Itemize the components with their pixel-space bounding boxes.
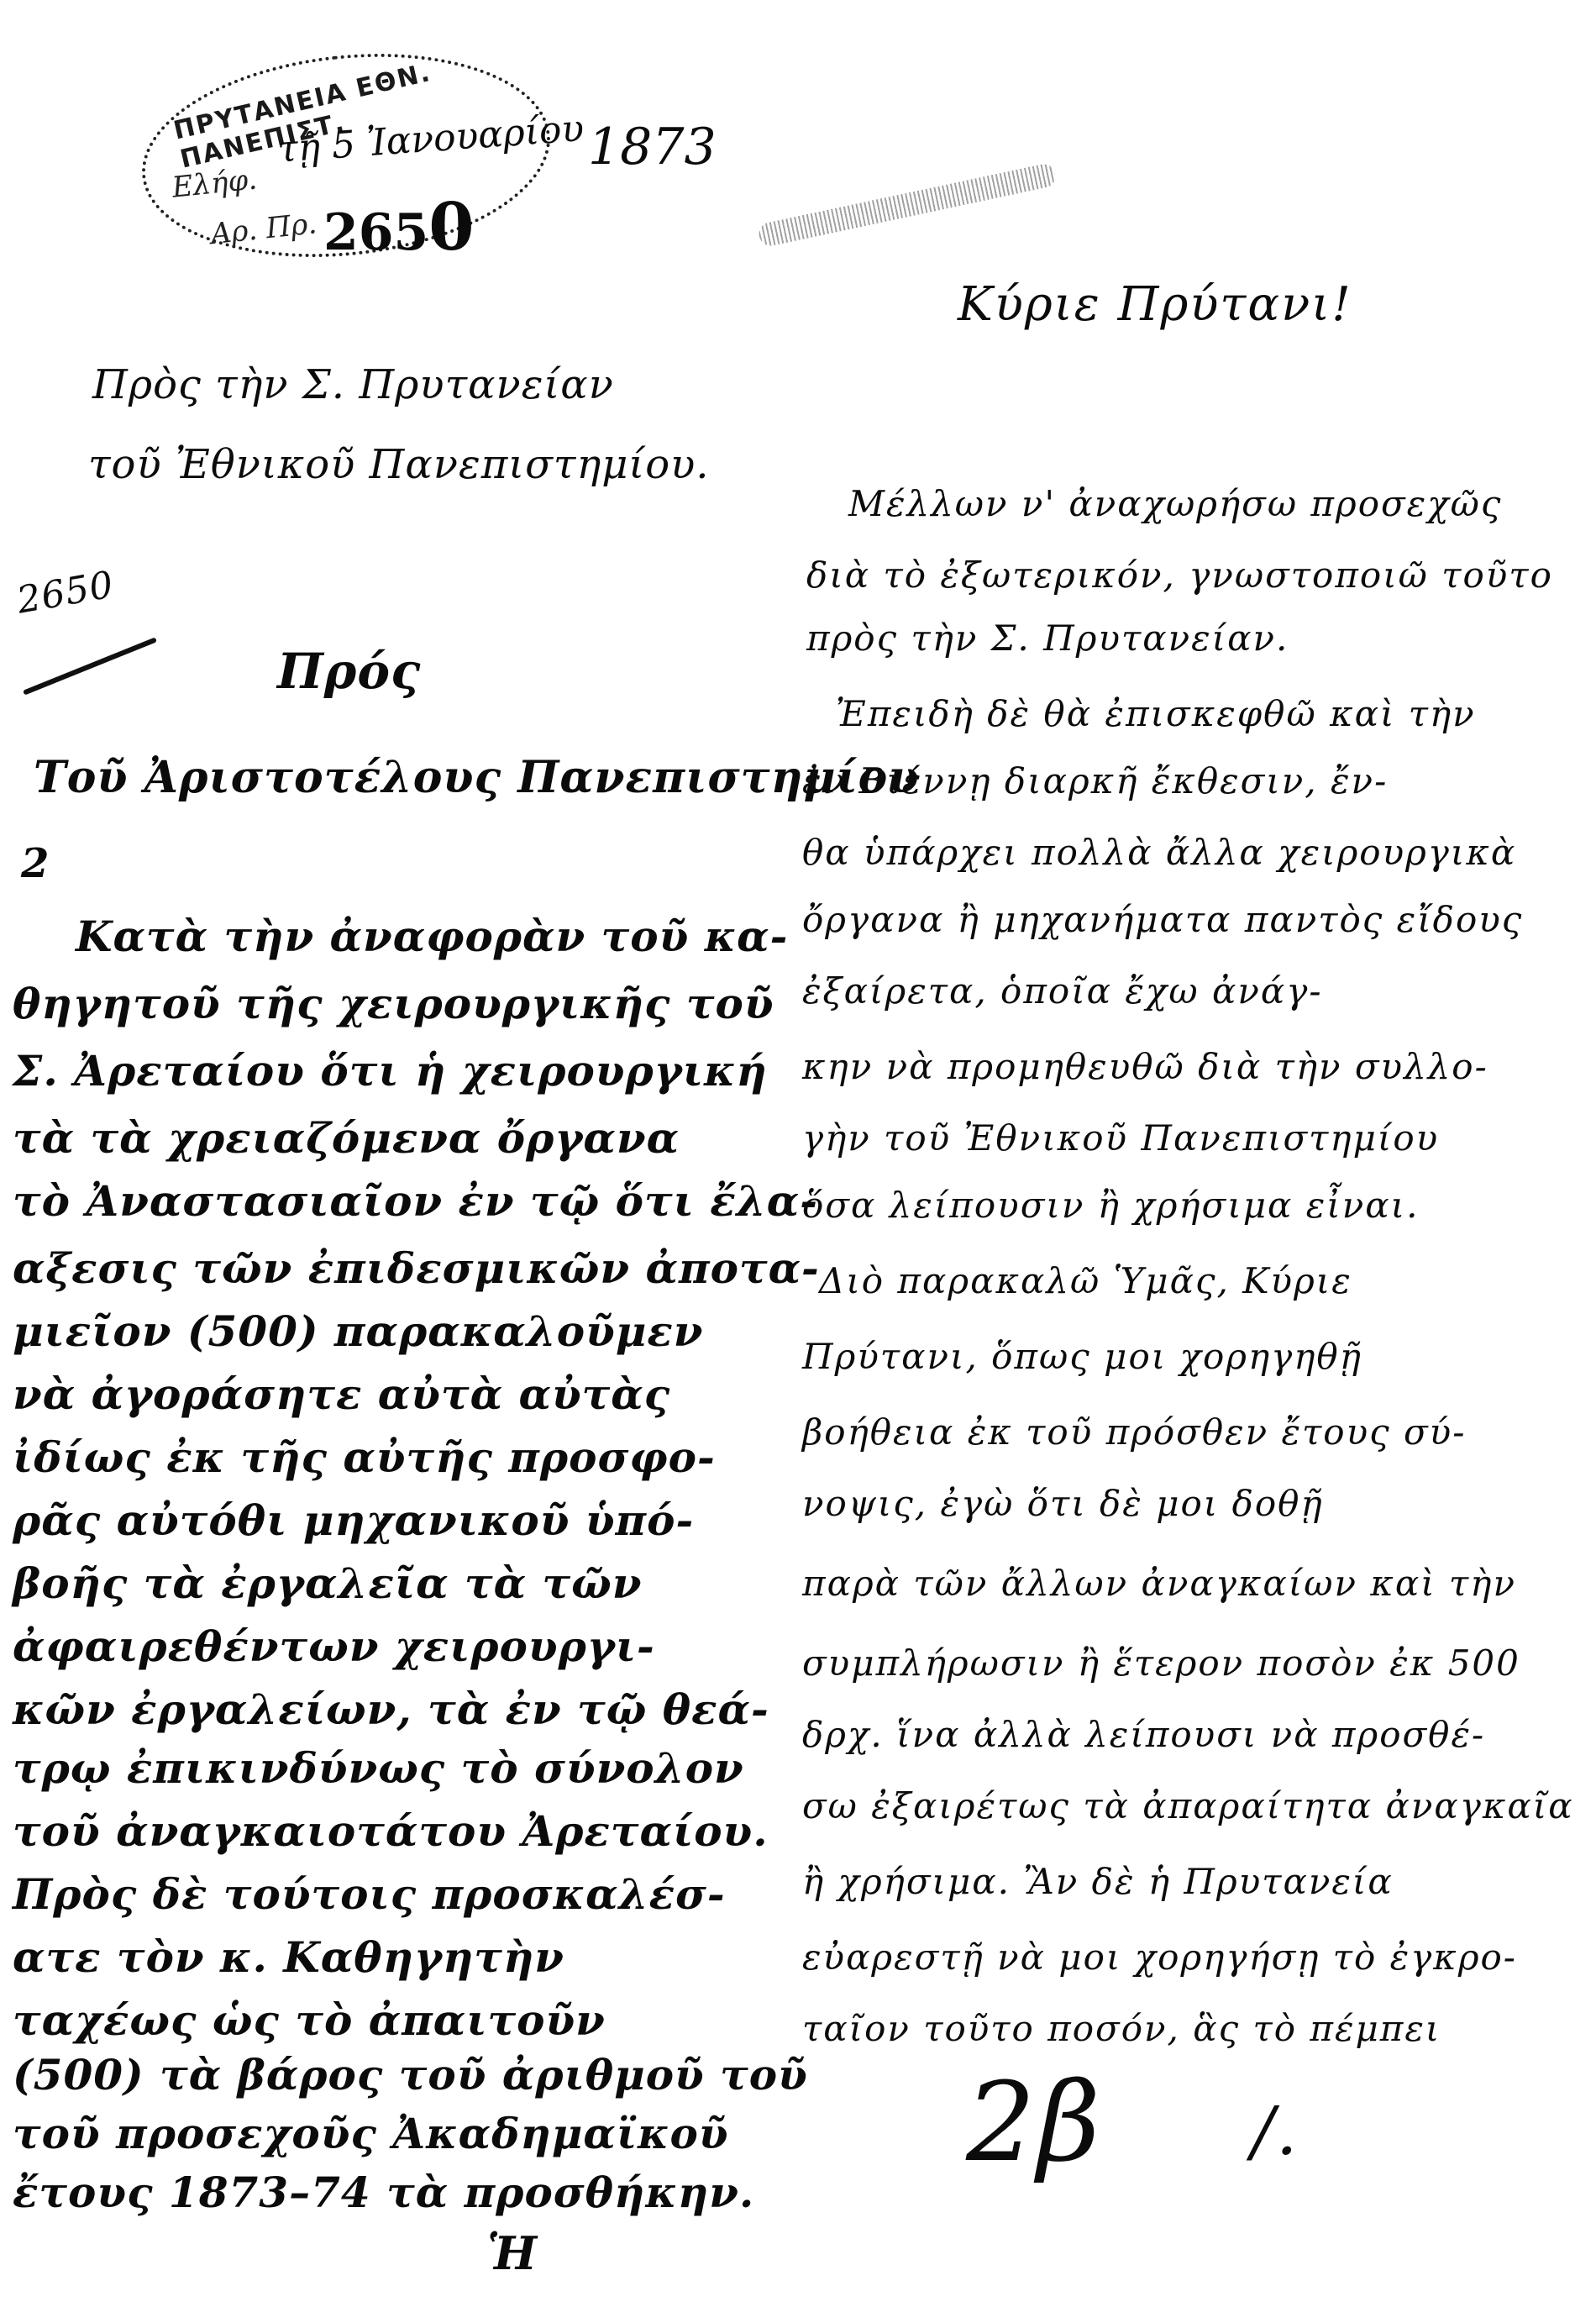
protocol-number-digits: 265 [323, 203, 428, 262]
margin-note: 2 [21, 840, 50, 887]
right-body-line: κην νὰ προμηθευθῶ διὰ τὴν συλλο- [802, 1046, 1488, 1087]
left-body-line: Σ. Ἀρεταίου ὅτι ἡ χειρουργική [13, 1046, 768, 1096]
left-body-line: ατε τὸν κ. Καθηγητὴν [13, 1932, 564, 1982]
left-body-line: τοῦ ἀναγκαιοτάτου Ἀρεταίου. [13, 1806, 769, 1856]
left-body-line: ρᾶς αὐτόθι μηχανικοῦ ὑπό- [13, 1495, 694, 1545]
right-body-line: Πρύτανι, ὅπως μοι χορηγηθῇ [802, 1336, 1362, 1377]
left-body-line: μιεῖον (500) παρακαλοῦμεν [13, 1306, 703, 1356]
right-body-line: βοήθεια ἐκ τοῦ πρόσθεν ἔτους σύ- [802, 1411, 1466, 1453]
left-body-line: Πρὸς δὲ τούτοις προσκαλέσ- [13, 1869, 726, 1919]
letter-page: ΠΡΥΤΑΝΕΙΑ ΕΘΝ. ΠΑΝΕΠΙΣΤ. Ελήφ. Αρ. Πρ. τ… [0, 0, 1596, 2307]
right-body-line: Ἐπειδὴ δὲ θὰ ἐπισκεφθῶ καὶ τὴν [836, 693, 1476, 734]
right-body-line: παρὰ τῶν ἄλλων ἀναγκαίων καὶ τὴν [802, 1563, 1516, 1604]
left-body-line: κῶν ἐργαλείων, τὰ ἐν τῷ θεά- [13, 1684, 769, 1734]
left-body-line: τρῳ ἐπικινδύνως τὸ σύνολον [13, 1743, 744, 1793]
left-body-line: βοῆς τὰ ἐργαλεῖα τὰ τῶν [13, 1558, 642, 1608]
left-body-line: θηγητοῦ τῆς χειρουργικῆς τοῦ [13, 979, 774, 1028]
addressee-line: Πρὸς τὴν Σ. Πρυτανείαν [92, 361, 614, 408]
bottom-mark: Ἡ [487, 2226, 538, 2280]
right-body-line: διὰ τὸ ἐξωτερικόν, γνωστοποιῶ τοῦτο [806, 554, 1553, 596]
left-body-line: αξεσις τῶν ἐπιδεσμικῶν ἀποτα- [13, 1243, 820, 1293]
left-body-line: (500) τὰ βάρος τοῦ ἀριθμοῦ τοῦ [13, 2050, 808, 2099]
left-body-line: Κατὰ τὴν ἀναφορὰν τοῦ κα- [76, 912, 788, 961]
right-body-line: ἐξαίρετα, ὁποῖα ἔχω ἀνάγ- [802, 970, 1323, 1012]
protocol-number-overwrite: 0 [428, 189, 474, 265]
right-body-line: συμπλήρωσιν ἢ ἕτερον ποσὸν ἐκ 500 [802, 1642, 1520, 1684]
stamp-protocol-label: Αρ. Πρ. [209, 207, 318, 251]
right-body-line: ταῖον τοῦτο ποσόν, ἃς τὸ πέμπει [802, 2008, 1441, 2049]
addressee-line: τοῦ Ἐθνικοῦ Πανεπιστημίου. [88, 441, 710, 488]
salutation: Κύριε Πρύτανι! [958, 277, 1352, 332]
right-body-line: σω ἐξαιρέτως τὰ ἀπαραίτητα ἀναγκαῖα [802, 1785, 1574, 1826]
left-body-line: ἔτους 1873–74 τὰ προσθήκην. [13, 2168, 754, 2217]
left-body-line: τοῦ προσεχοῦς Ἀκαδημαϊκοῦ [13, 2109, 729, 2158]
right-body-line: εὐαρεστῇ νὰ μοι χορηγήσῃ τὸ ἐγκρο- [802, 1937, 1517, 1978]
stamp-year: 1873 [588, 118, 717, 176]
left-heading: Πρός [277, 643, 421, 700]
right-body-line: γὴν τοῦ Ἐθνικοῦ Πανεπιστημίου [802, 1117, 1439, 1159]
ink-smudge [757, 162, 1058, 248]
right-body-line: δρχ. ἵνα ἀλλὰ λείπουσι νὰ προσθέ- [802, 1714, 1485, 1755]
left-body-line: νὰ ἀγοράσητε αὐτὰ αὐτὰς [13, 1369, 670, 1419]
margin-file-number: 2650 [13, 563, 117, 622]
page-number-mark: 2β [966, 2058, 1102, 2186]
right-body-line: πρὸς τὴν Σ. Πρυτανείαν. [806, 617, 1289, 659]
right-body-line: νοψις, ἐγὼ ὅτι δὲ μοι δοθῇ [802, 1483, 1324, 1524]
right-body-line: ὅσα λείπουσιν ἢ χρήσιμα εἶναι. [802, 1185, 1419, 1226]
left-body-line: τὸ Ἀναστασιαῖον ἐν τῷ ὅτι ἔλα- [13, 1176, 818, 1226]
left-body-line: ταχέως ὡς τὸ ἀπαιτοῦν [13, 1995, 606, 2045]
left-body-line: ἰδίως ἐκ τῆς αὐτῆς προσφο- [13, 1432, 716, 1482]
right-body-line: Μέλλων ν' ἀναχωρήσω προσεχῶς [848, 483, 1502, 524]
left-body-line: τὰ τὰ χρειαζόμενα ὄργανα [13, 1113, 680, 1163]
right-body-line: ἢ χρήσιμα. Ἂν δὲ ἡ Πρυτανεία [802, 1861, 1394, 1902]
continuation-mark: /. [1252, 2092, 1299, 2170]
right-body-line: ὄργανα ἢ μηχανήματα παντὸς εἴδους [802, 899, 1523, 940]
right-body-line: θα ὑπάρχει πολλὰ ἄλλα χειρουργικὰ [802, 832, 1516, 873]
left-body-line: ἀφαιρεθέντων χειρουργι- [13, 1621, 655, 1671]
stamp-protocol-number: 2650 [323, 189, 475, 265]
right-body-line: Διὸ παρακαλῶ Ὑμᾶς, Κύριε [819, 1260, 1352, 1301]
left-subheading: Τοῦ Ἀριστοτέλους Πανεπιστημίου [34, 752, 919, 803]
margin-underline-stroke [23, 637, 157, 695]
